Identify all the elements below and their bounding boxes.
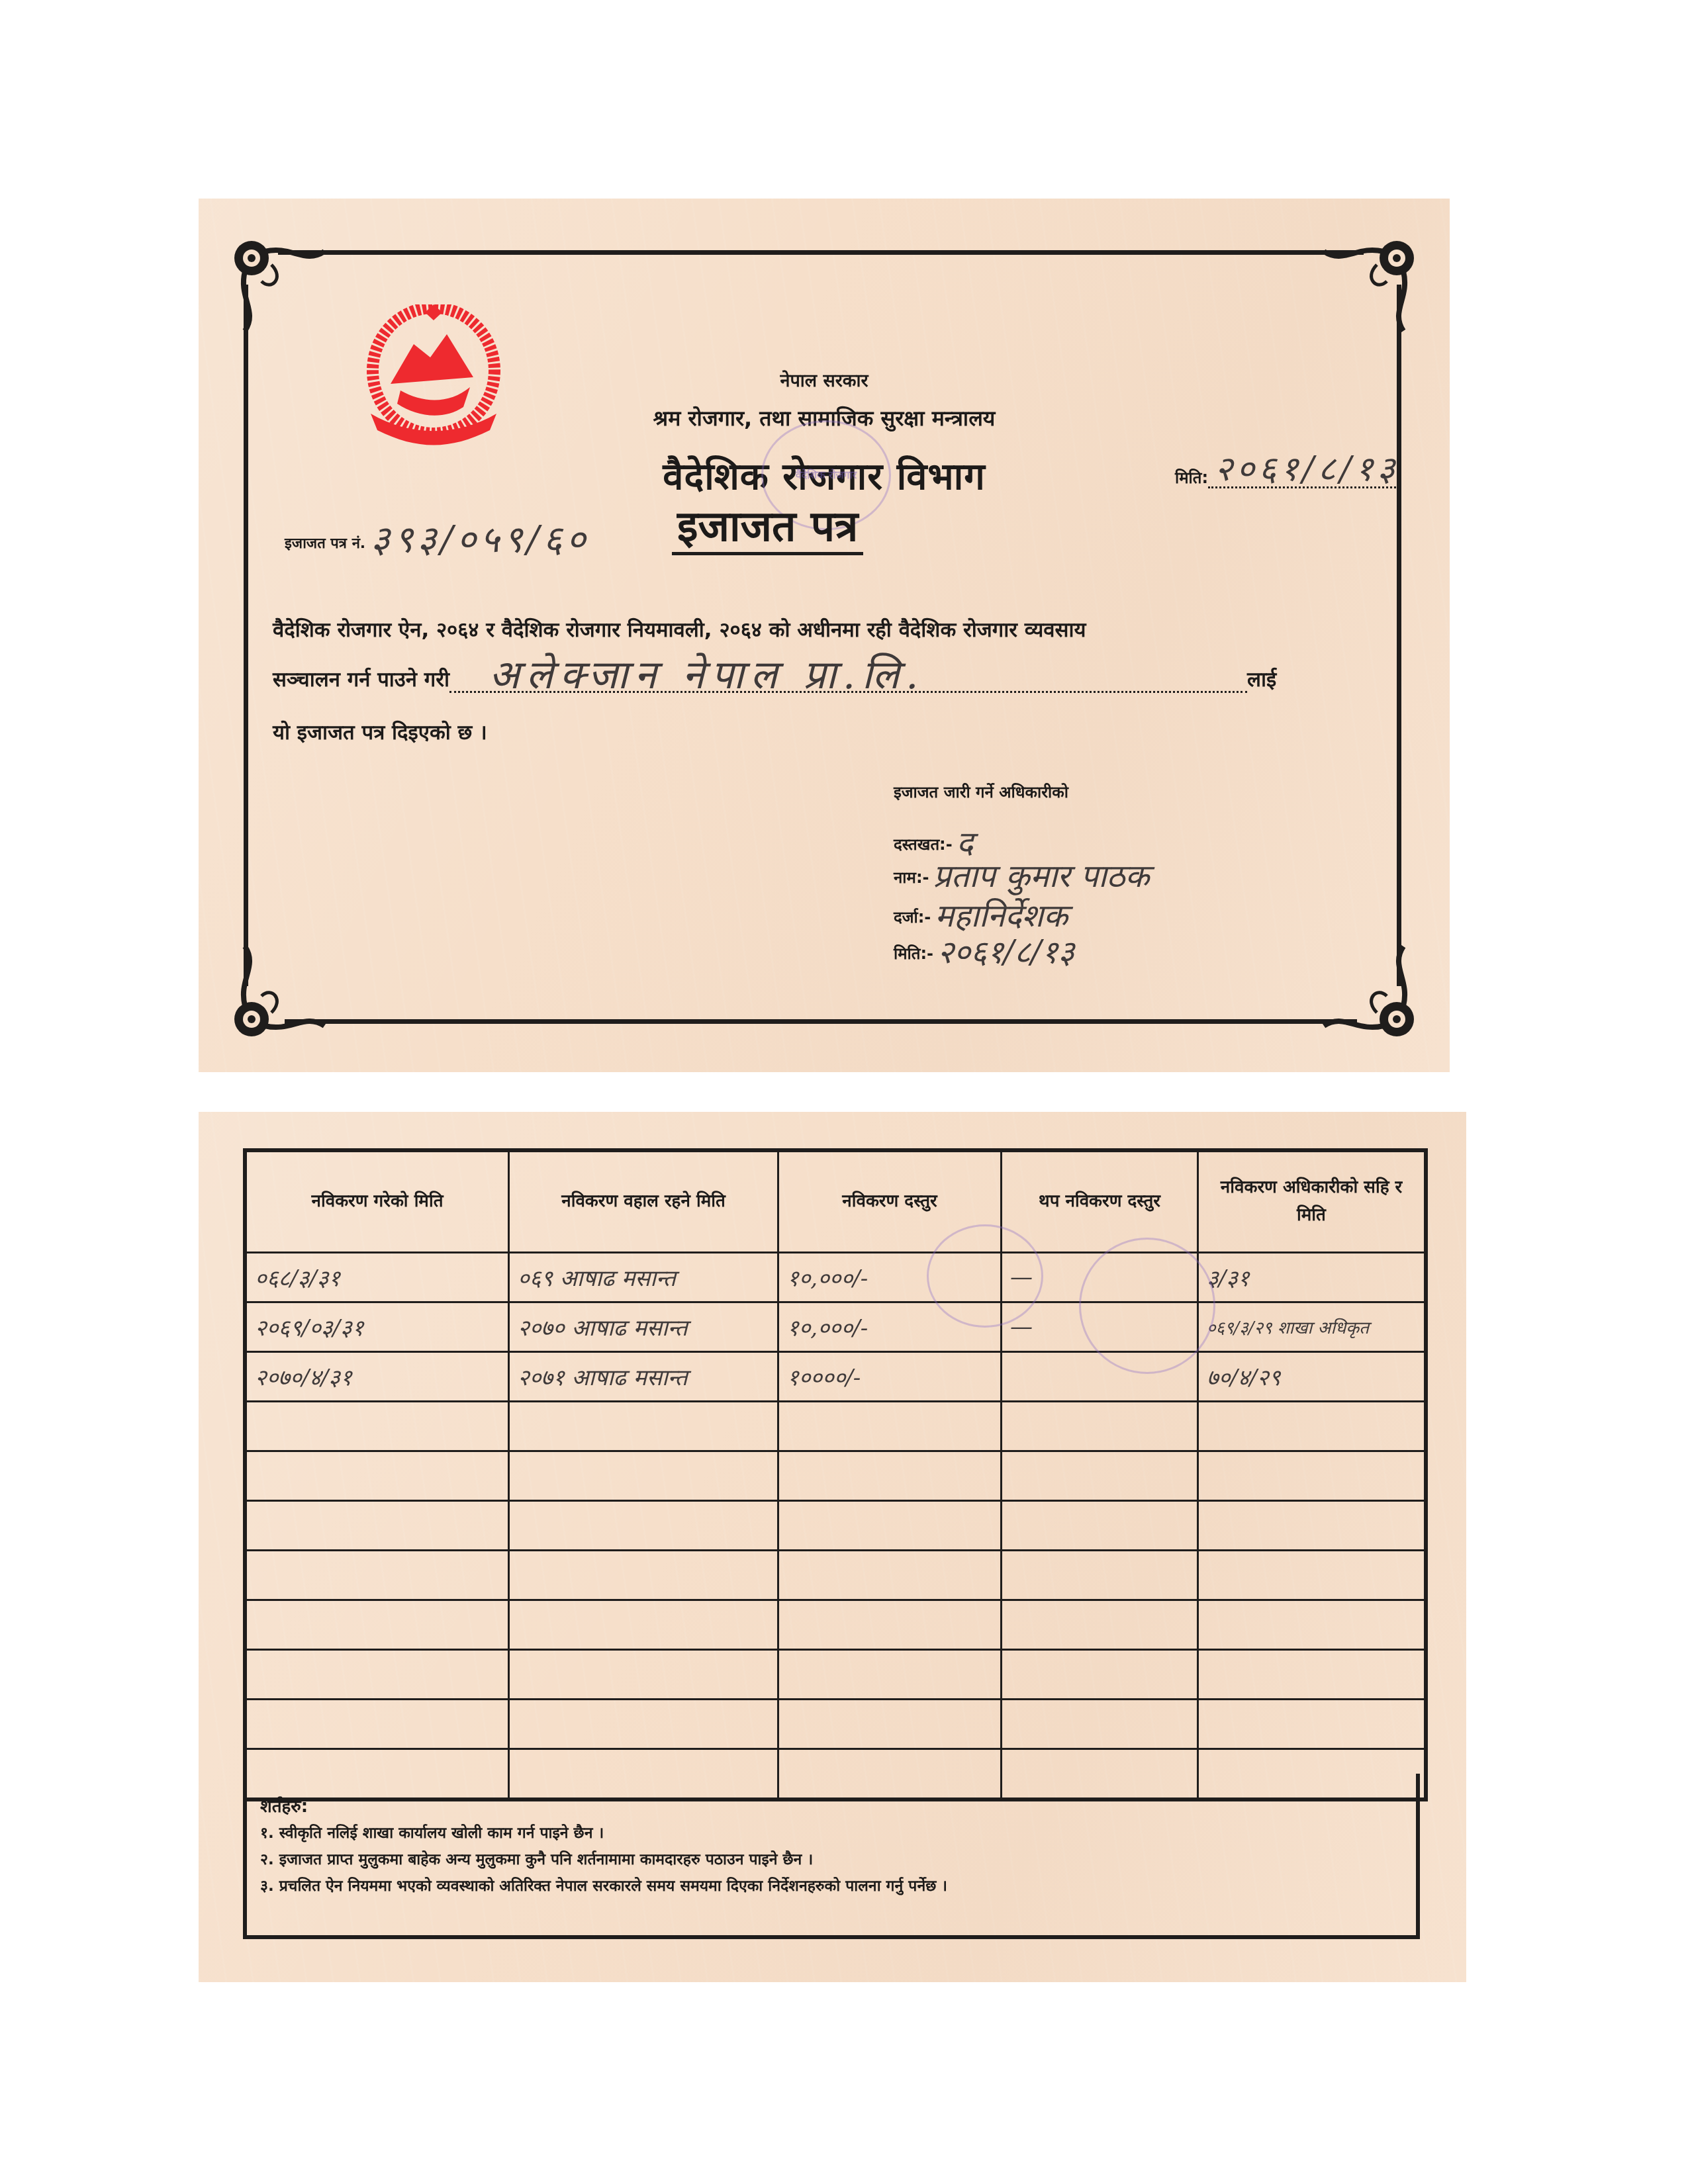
condition-item: १. स्वीकृति नलिई शाखा कार्यालय खोली काम … (260, 1821, 1416, 1843)
condition-item: २. इजाजत प्राप्त मुलुकमा बाहेक अन्य मुलु… (260, 1848, 1416, 1869)
conditions-box: शर्तहरु: १. स्वीकृति नलिई शाखा कार्यालय … (243, 1774, 1420, 1939)
frame-top-border (278, 250, 1364, 255)
issue-date-label: मिति: (1175, 469, 1208, 487)
table-row-blank (245, 1451, 1426, 1501)
table-header-row: नविकरण गरेको मिति नविकरण वहाल रहने मिति … (245, 1150, 1426, 1253)
issuing-officer-heading: इजाजत जारी गर्ने अधिकारीको (894, 781, 1068, 803)
issue-date-field: मिति:२०६१/८/१३ (1175, 467, 1400, 488)
table-row: ०६८/३/३१ ०६९ आषाढ मसान्त १०,०००/- — ३/३१ (245, 1253, 1426, 1302)
table-row-blank (245, 1600, 1426, 1650)
frame-bottom-border (285, 1019, 1357, 1024)
table-row: २०६९/०३/३१ २०७० आषाढ मसान्त १०,०००/- — ०… (245, 1302, 1426, 1352)
permit-certificate: नेपाल सरकार श्रम रोजगार, तथा सामाजिक सुर… (199, 199, 1450, 1072)
table-row-blank (245, 1501, 1426, 1551)
table-cell: २०७० आषाढ मसान्त (509, 1302, 778, 1352)
permit-number-field: इजाजत पत्र नं. ३९३/०५९/६० (285, 513, 590, 563)
column-header: नविकरण गरेको मिति (245, 1150, 509, 1253)
body-text-line-1: वैदेशिक रोजगार ऐन, २०६४ र वैदेशिक रोजगार… (273, 615, 1086, 643)
permit-number-label: इजाजत पत्र नं. (285, 535, 365, 552)
corner-ornament-icon (1317, 940, 1423, 1046)
corner-ornament-icon (225, 232, 331, 338)
officer-rank-value: महानिर्देशक (935, 897, 1068, 934)
table-cell: ७०/४/२९ (1198, 1352, 1427, 1402)
government-name: नेपाल सरकार (199, 367, 1450, 392)
table-row-blank (245, 1700, 1426, 1749)
corner-ornament-icon (225, 940, 331, 1046)
table-cell: ०६८/३/३१ (245, 1253, 509, 1302)
table-row-blank (245, 1402, 1426, 1451)
table-row: २०७०/४/३१ २०७१ आषाढ मसान्त १००००/- ७०/४/… (245, 1352, 1426, 1402)
renewal-table: नविकरण गरेको मिति नविकरण वहाल रहने मिति … (243, 1148, 1428, 1801)
table-cell: २०६९/०३/३१ (245, 1302, 509, 1352)
column-header: नविकरण वहाल रहने मिति (509, 1150, 778, 1253)
body-line2-suffix: लाई (1247, 668, 1276, 692)
table-cell: २०७०/४/३१ (245, 1352, 509, 1402)
table-row-blank (245, 1551, 1426, 1600)
table-cell: ०६९ आषाढ मसान्त (509, 1253, 778, 1302)
table-cell: ०६९/३/२९ शाखा अधिकृत (1198, 1302, 1427, 1352)
condition-item: ३. प्रचलित ऐन नियममा भएको व्यवस्थाको अति… (260, 1874, 1416, 1895)
renewal-stamp (927, 1224, 1043, 1328)
column-header: नविकरण अधिकारीको सहि र मिति (1198, 1150, 1427, 1253)
table-row-blank (245, 1650, 1426, 1700)
conditions-title: शर्तहरु: (260, 1794, 1416, 1817)
company-name-value: अलेक्जान नेपाल प्रा.लि. (489, 646, 925, 700)
issue-date-value: २०६१/८/१३ (1215, 444, 1399, 491)
table-cell: २०७१ आषाढ मसान्त (509, 1352, 778, 1402)
permit-number-value: ३९३/०५९/६० (371, 518, 590, 561)
table-cell: ३/३१ (1198, 1253, 1427, 1302)
column-header: थप नविकरण दस्तुर (1002, 1150, 1198, 1253)
officer-name-field: नाम:-प्रताप कुमार पाठक (894, 854, 1149, 897)
corner-ornament-icon (1317, 232, 1423, 338)
body-text-line-3: यो इजाजत पत्र दिइएको छ । (273, 718, 487, 746)
officer-date-value: २०६१/८/१३ (937, 934, 1074, 971)
renewal-stamp (1079, 1238, 1215, 1374)
table-cell: १००००/- (778, 1352, 1002, 1402)
officer-name-value: प्रताप कुमार पाठक (933, 858, 1149, 895)
officer-date-field: मिति:-२०६१/८/१३ (894, 930, 1074, 973)
body-text-line-2: सञ्चालन गर्न पाउने गरीअलेक्जान नेपाल प्र… (273, 665, 1378, 693)
body-line2-prefix: सञ्चालन गर्न पाउने गरी (273, 668, 449, 692)
renewal-record: नविकरण गरेको मिति नविकरण वहाल रहने मिति … (199, 1112, 1466, 1982)
document-title: इजाजत पत्र (672, 503, 863, 555)
